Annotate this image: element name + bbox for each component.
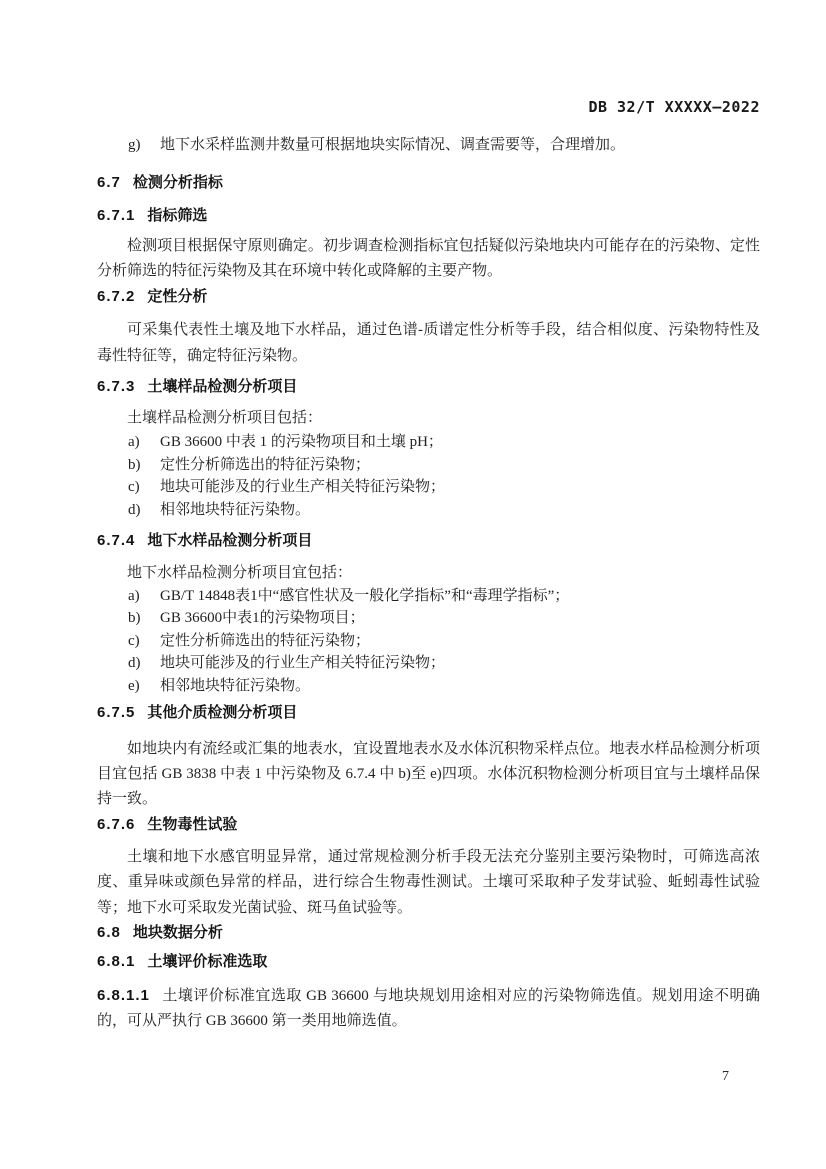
section-heading-6-7-5: 6.7.5其他介质检测分析项目 [97, 703, 760, 723]
list-item-marker: c) [128, 630, 160, 653]
list-item: e) 相邻地块特征污染物。 [97, 675, 760, 698]
section-heading-6-7-2: 6.7.2定性分析 [97, 287, 760, 307]
list-intro-6-7-3: 土壤样品检测分析项目包括： [97, 407, 760, 430]
section-heading-6-7-1: 6.7.1指标筛选 [97, 206, 760, 226]
list-item-text: GB 36600 中表 1 的污染物项目和土壤 pH； [160, 431, 760, 454]
section-heading-6-7-6: 6.7.6生物毒性试验 [97, 815, 760, 835]
paragraph-6-7-1: 检测项目根据保守原则确定。初步调查检测指标宜包括疑似污染地块内可能存在的污染物、… [97, 234, 760, 285]
paragraph-6-7-5: 如地块内有流经或汇集的地表水，宜设置地表水及水体沉积物采样点位。地表水样品检测分… [97, 737, 760, 813]
heading-title: 土壤评价标准选取 [147, 953, 267, 970]
page-number: 7 [722, 1068, 729, 1086]
heading-number: 6.7.3 [97, 378, 135, 395]
list-6-7-4: a) GB/T 14848表1中“感官性状及一般化学指标”和“毒理学指标”； b… [97, 585, 760, 698]
list-item-marker: a) [128, 431, 160, 454]
heading-title: 地块数据分析 [133, 924, 223, 941]
heading-title: 土壤样品检测分析项目 [147, 378, 297, 395]
list-item: c) 地块可能涉及的行业生产相关特征污染物； [97, 476, 760, 499]
list-item-marker: d) [128, 499, 160, 522]
list-item: a) GB/T 14848表1中“感官性状及一般化学指标”和“毒理学指标”； [97, 585, 760, 608]
list-item-text: 定性分析筛选出的特征污染物； [160, 630, 760, 653]
section-heading-6-7-3: 6.7.3土壤样品检测分析项目 [97, 377, 760, 397]
section-heading-6-7-4: 6.7.4地下水样品检测分析项目 [97, 531, 760, 551]
heading-number: 6.7.5 [97, 704, 135, 721]
list-item-text: 地下水采样监测井数量可根据地块实际情况、调查需要等，合理增加。 [160, 134, 760, 157]
list-item: c) 定性分析筛选出的特征污染物； [97, 630, 760, 653]
list-item-marker: a) [128, 585, 160, 608]
list-item-marker: b) [128, 454, 160, 477]
list-item: b) GB 36600中表1的污染物项目； [97, 607, 760, 630]
list-item-text: 相邻地块特征污染物。 [160, 499, 760, 522]
list-intro-6-7-4: 地下水样品检测分析项目宜包括： [97, 562, 760, 585]
heading-number: 6.7.6 [97, 816, 135, 833]
heading-title: 指标筛选 [147, 207, 207, 224]
clause-text: 土壤评价标准宜选取 GB 36600 与地块规划用途相对应的污染物筛选值。规划用… [97, 988, 760, 1029]
clause-number: 6.8.1.1 [97, 987, 150, 1004]
heading-title: 生物毒性试验 [147, 816, 237, 833]
heading-number: 6.7.2 [97, 288, 135, 305]
heading-title: 地下水样品检测分析项目 [147, 532, 312, 549]
list-item-marker: g) [128, 134, 160, 157]
section-heading-6-7: 6.7检测分析指标 [97, 173, 760, 193]
list-item-text: 地块可能涉及的行业生产相关特征污染物； [160, 476, 760, 499]
heading-number: 6.8 [97, 924, 121, 941]
heading-title: 检测分析指标 [133, 174, 223, 191]
heading-number: 6.7.4 [97, 532, 135, 549]
list-item: d) 地块可能涉及的行业生产相关特征污染物； [97, 652, 760, 675]
section-heading-6-8-1: 6.8.1土壤评价标准选取 [97, 952, 760, 972]
list-item: a) GB 36600 中表 1 的污染物项目和土壤 pH； [97, 431, 760, 454]
heading-number: 6.7 [97, 174, 121, 191]
list-item-g: g) 地下水采样监测井数量可根据地块实际情况、调查需要等，合理增加。 [97, 134, 760, 157]
clause-6-8-1-1: 6.8.1.1土壤评价标准宜选取 GB 36600 与地块规划用途相对应的污染物… [97, 983, 760, 1035]
list-item-marker: e) [128, 675, 160, 698]
list-item-marker: b) [128, 607, 160, 630]
heading-number: 6.7.1 [97, 207, 135, 224]
list-item-text: 定性分析筛选出的特征污染物； [160, 454, 760, 477]
document-page: DB 32/T XXXXX—2022 g) 地下水采样监测井数量可根据地块实际情… [0, 0, 826, 1169]
list-item-text: 地块可能涉及的行业生产相关特征污染物； [160, 652, 760, 675]
list-item: d) 相邻地块特征污染物。 [97, 499, 760, 522]
heading-number: 6.8.1 [97, 953, 135, 970]
heading-title: 定性分析 [147, 288, 207, 305]
list-item-marker: c) [128, 476, 160, 499]
list-item: b) 定性分析筛选出的特征污染物； [97, 454, 760, 477]
section-heading-6-8: 6.8地块数据分析 [97, 923, 760, 943]
heading-title: 其他介质检测分析项目 [147, 704, 297, 721]
list-item-marker: d) [128, 652, 160, 675]
list-item-text: GB 36600中表1的污染物项目； [160, 607, 760, 630]
paragraph-6-7-6: 土壤和地下水感官明显异常，通过常规检测分析手段无法充分鉴别主要污染物时，可筛选高… [97, 845, 760, 921]
doc-code-header: DB 32/T XXXXX—2022 [97, 98, 760, 116]
list-item-text: 相邻地块特征污染物。 [160, 675, 760, 698]
paragraph-6-7-2: 可采集代表性土壤及地下水样品，通过色谱-质谱定性分析等手段，结合相似度、污染物特… [97, 318, 760, 369]
list-6-7-3: a) GB 36600 中表 1 的污染物项目和土壤 pH； b) 定性分析筛选… [97, 431, 760, 521]
list-item-text: GB/T 14848表1中“感官性状及一般化学指标”和“毒理学指标”； [160, 585, 760, 608]
